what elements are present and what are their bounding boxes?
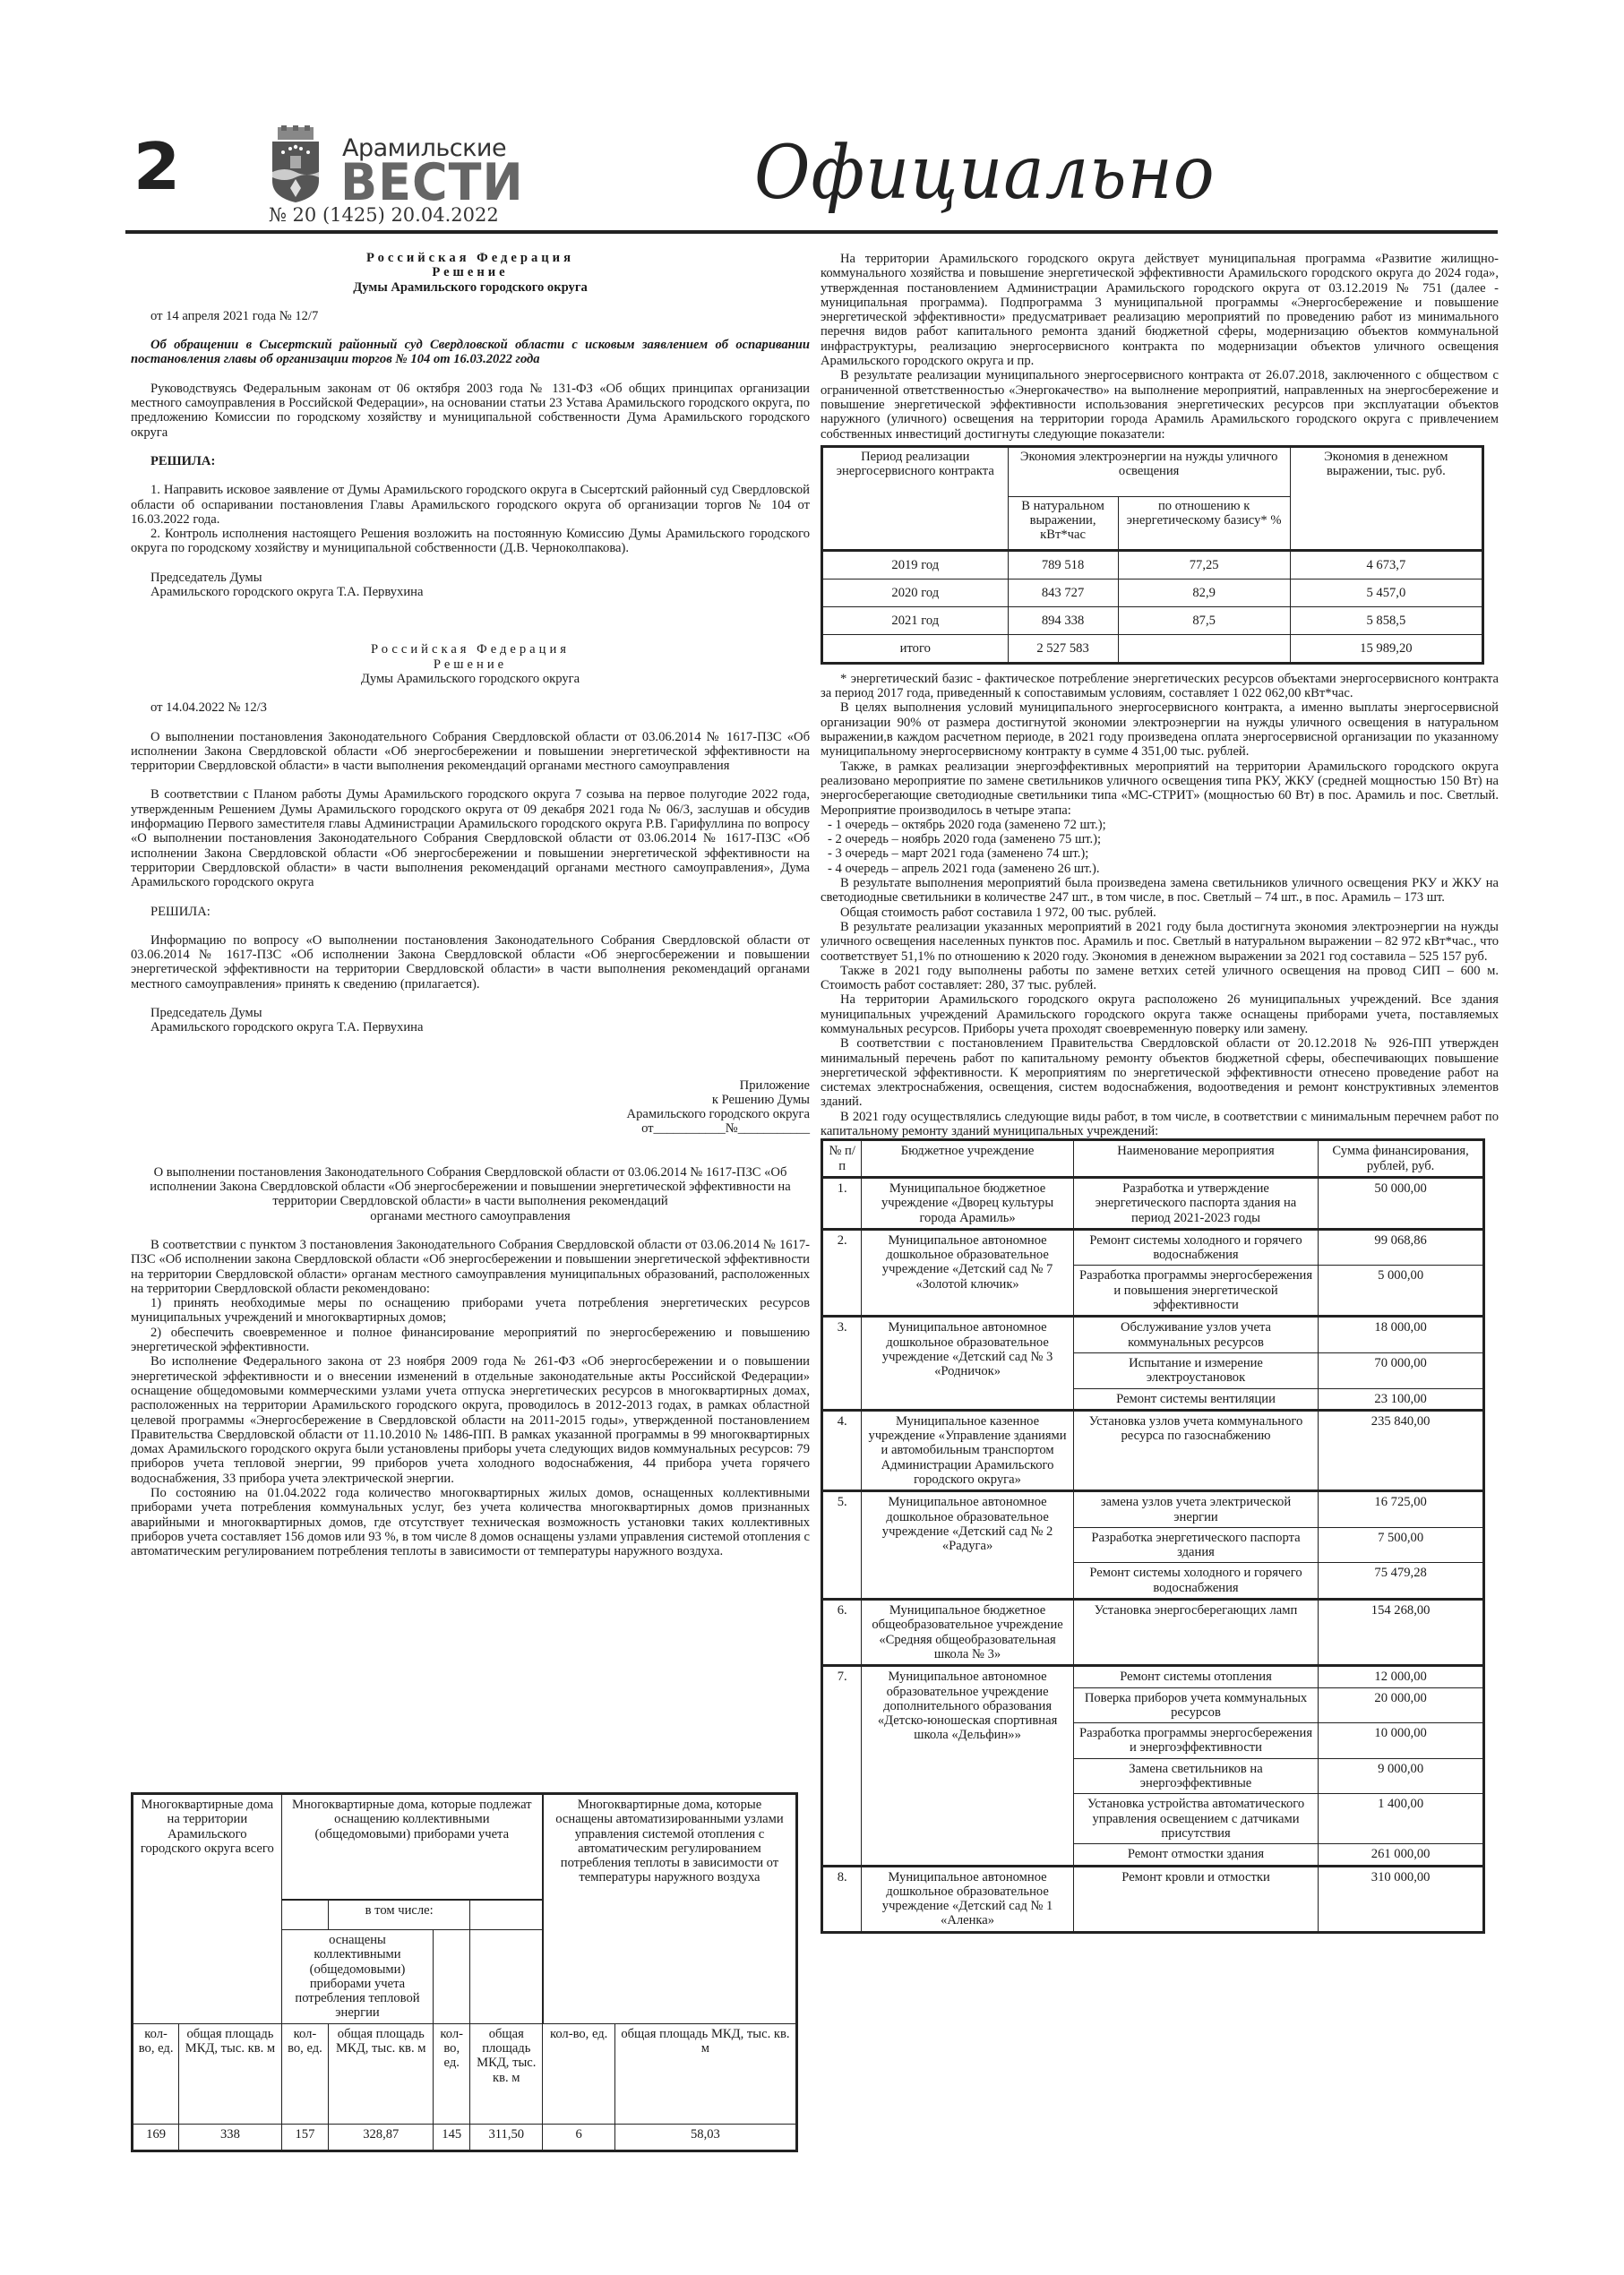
works-cell-sum: 12 000,00 — [1319, 1666, 1484, 1687]
works-cell-sum: 261 000,00 — [1319, 1844, 1484, 1866]
mkd-subheader: общая площадь МКД, тыс. кв. м — [470, 2023, 543, 2124]
issue-number: № 20 (1425) 20.04.2022 — [269, 204, 499, 226]
table-row: 6.Муниципальное бюджетное общеобразовате… — [822, 1600, 1484, 1666]
right-paragraph: Также в 2021 году выполнены работы по за… — [821, 964, 1499, 993]
capital-works-table: № п/п Бюджетное учреждение Наименование … — [821, 1138, 1485, 1933]
energy-header-money: Экономия в денежном выражении, тыс. руб. — [1290, 446, 1482, 550]
works-cell-no: 6. — [822, 1600, 862, 1666]
mkd-value: 145 — [434, 2124, 470, 2151]
works-cell-sum: 154 268,00 — [1319, 1600, 1484, 1666]
energy-cell-pct: 87,5 — [1118, 606, 1290, 634]
appendix-line-4: от___________№___________ — [131, 1121, 810, 1136]
works-header-no: № п/п — [822, 1140, 862, 1178]
mkd-header-empty — [470, 1930, 543, 2024]
doc2-signature-title: Председатель Думы — [131, 1006, 810, 1020]
doc1-resolved: РЕШИЛА: — [131, 454, 810, 468]
appendix-paragraph: В соответствии с пунктом 3 постановления… — [131, 1238, 810, 1296]
works-header-work: Наименование мероприятия — [1073, 1140, 1318, 1178]
doc1-item-2: 2. Контроль исполнения настоящего Решени… — [131, 527, 810, 556]
mkd-value: 328,87 — [329, 2124, 434, 2151]
energy-cell-kwh: 789 518 — [1008, 550, 1118, 579]
appendix-line-1: Приложение — [131, 1078, 810, 1093]
works-cell-no: 5. — [822, 1491, 862, 1600]
table-row: 2.Муниципальное автономное дошкольное об… — [822, 1229, 1484, 1266]
stages-list: - 1 очередь – октябрь 2020 года (заменен… — [821, 818, 1499, 876]
mkd-subheader: общая площадь МКД, тыс. кв. м — [614, 2023, 796, 2124]
energy-cell-money: 5 858,5 — [1290, 606, 1482, 634]
stage-item: - 4 очередь – апрель 2021 года (заменено… — [821, 862, 1499, 876]
left-column: Российская Федерация Решение Думы Арамил… — [131, 251, 810, 1558]
works-cell-sum: 5 000,00 — [1319, 1266, 1484, 1317]
appendix-title: О выполнении постановления Законодательн… — [131, 1165, 810, 1209]
mkd-subheader: кол-во, ед. — [133, 2023, 179, 2124]
doc1-item-1: 1. Направить исковое заявление от Думы А… — [131, 483, 810, 527]
table-row: 4.Муниципальное казенное учреждение «Упр… — [822, 1410, 1484, 1490]
doc1-heading-2: Решение — [131, 265, 810, 279]
works-cell-sum: 20 000,00 — [1319, 1687, 1484, 1723]
page-number: 2 — [133, 134, 181, 199]
works-cell-work: Установка энергосберегающих ламп — [1073, 1600, 1318, 1666]
appendix-title-2: органами местного самоуправления — [131, 1209, 810, 1223]
appendix-paragraph: 1) принять необходимые меры по оснащению… — [131, 1296, 810, 1326]
mkd-header-heat: оснащены коллективными (общедомовыми) пр… — [281, 1930, 434, 2024]
works-cell-sum: 10 000,00 — [1319, 1723, 1484, 1759]
energy-cell-period: итого — [822, 634, 1009, 663]
appendix-paragraph: 2) обеспечить своевременное и полное фин… — [131, 1326, 810, 1355]
stage-item: - 1 очередь – октябрь 2020 года (заменен… — [821, 818, 1499, 832]
doc1-preamble: Руководствуясь Федеральным законам от 06… — [131, 382, 810, 440]
energy-cell-pct: 77,25 — [1118, 550, 1290, 579]
table-row: 2019 год789 51877,254 673,7 — [822, 550, 1483, 579]
works-cell-no: 4. — [822, 1410, 862, 1490]
mkd-value: 169 — [133, 2124, 179, 2151]
works-cell-work: Разработка и утверждение энергетического… — [1073, 1177, 1318, 1229]
appendix-line-3: Арамильского городского округа — [131, 1107, 810, 1121]
works-header-sum: Сумма финансирования, рублей, руб. — [1319, 1140, 1484, 1178]
works-cell-institution: Муниципальное бюджетное учреждение «Двор… — [862, 1177, 1073, 1229]
mkd-header-total: Многоквартирные дома на территории Арами… — [133, 1794, 282, 2024]
works-cell-sum: 70 000,00 — [1319, 1352, 1484, 1388]
mkd-subheader: кол-во, ед. — [434, 2023, 470, 2124]
energy-footnote: * энергетический базис - фактическое пот… — [821, 672, 1499, 701]
table-row: 3.Муниципальное автономное дошкольное об… — [822, 1317, 1484, 1353]
mkd-value: 338 — [179, 2124, 281, 2151]
doc2-resolved: РЕШИЛА: — [131, 905, 810, 919]
works-cell-no: 8. — [822, 1866, 862, 1932]
right-paragraph: В результате реализации указанных меропр… — [821, 920, 1499, 964]
right-paragraph: На территории Арамильского городского ок… — [821, 252, 1499, 368]
header-divider — [125, 230, 1498, 234]
mkd-header-subject: Многоквартирные дома, которые подлежат о… — [281, 1794, 543, 1901]
coat-of-arms-icon — [269, 125, 322, 204]
mkd-table: Многоквартирные дома на территории Арами… — [131, 1792, 798, 2152]
table-row: 2021 год894 33887,55 858,5 — [822, 606, 1483, 634]
works-cell-work: Испытание и измерение электроустановок — [1073, 1352, 1318, 1388]
works-cell-no: 7. — [822, 1666, 862, 1866]
right-paragraph: В целях выполнения условий муниципальног… — [821, 700, 1499, 759]
works-cell-sum: 16 725,00 — [1319, 1491, 1484, 1528]
table-row: 8.Муниципальное автономное дошкольное об… — [822, 1866, 1484, 1932]
energy-cell-period: 2019 год — [822, 550, 1009, 579]
right-paragraph: В результате реализации муниципального э… — [821, 368, 1499, 441]
mkd-subheader: общая площадь МКД, тыс. кв. м — [179, 2023, 281, 2124]
doc2-preamble: В соответствии с Планом работы Думы Арам… — [131, 787, 810, 889]
works-cell-work: Ремонт отмостки здания — [1073, 1844, 1318, 1866]
right-paragraph: Общая стоимость работ составила 1 972, 0… — [821, 906, 1499, 920]
works-cell-no: 1. — [822, 1177, 862, 1229]
energy-cell-pct: 82,9 — [1118, 579, 1290, 606]
energy-header-percent: по отношению к энергетическому базису* % — [1118, 496, 1290, 550]
works-cell-sum: 18 000,00 — [1319, 1317, 1484, 1353]
mkd-header-empty — [434, 1930, 470, 2024]
energy-cell-pct — [1118, 634, 1290, 663]
energy-cell-kwh: 843 727 — [1008, 579, 1118, 606]
right-paragraph: В 2021 году осуществлялись следующие вид… — [821, 1110, 1499, 1139]
works-cell-institution: Муниципальное казенное учреждение «Управ… — [862, 1410, 1073, 1490]
energy-header-period: Период реализации энергосервисного контр… — [822, 446, 1009, 550]
doc1-title: Об обращении в Сысертский районный суд С… — [131, 338, 810, 367]
works-cell-work: Ремонт системы холодного и горячего водо… — [1073, 1563, 1318, 1600]
mkd-value: 157 — [281, 2124, 329, 2151]
doc1-date: от 14 апреля 2021 года № 12/7 — [131, 309, 810, 323]
doc2-signature-name: Арамильского городского округа Т.А. Перв… — [131, 1020, 810, 1034]
works-cell-work: Установка устройства автоматического упр… — [1073, 1794, 1318, 1844]
table-row: 7.Муниципальное автономное образовательн… — [822, 1666, 1484, 1687]
doc1-heading-3: Думы Арамильского городского округа — [131, 280, 810, 295]
works-header-institution: Бюджетное учреждение — [862, 1140, 1073, 1178]
works-cell-institution: Муниципальное автономное дошкольное обра… — [862, 1317, 1073, 1410]
works-cell-institution: Муниципальное автономное образовательное… — [862, 1666, 1073, 1866]
energy-cell-kwh: 2 527 583 — [1008, 634, 1118, 663]
works-cell-sum: 310 000,00 — [1319, 1866, 1484, 1932]
energy-cell-period: 2020 год — [822, 579, 1009, 606]
works-cell-work: Поверка приборов учета коммунальных ресу… — [1073, 1687, 1318, 1723]
energy-cell-money: 4 673,7 — [1290, 550, 1482, 579]
table-row: 1.Муниципальное бюджетное учреждение «Дв… — [822, 1177, 1484, 1229]
works-cell-work: Разработка энергетического паспорта здан… — [1073, 1527, 1318, 1563]
appendix-paragraph: Во исполнение Федерального закона от 23 … — [131, 1354, 810, 1486]
works-cell-work: Ремонт системы отопления — [1073, 1666, 1318, 1687]
mkd-value: 6 — [543, 2124, 614, 2151]
works-cell-no: 3. — [822, 1317, 862, 1410]
stage-item: - 3 очередь – март 2021 года (заменено 7… — [821, 846, 1499, 861]
right-paragraph: Также, в рамках реализации энергоэффекти… — [821, 760, 1499, 818]
section-title: Официально — [754, 131, 1216, 217]
mkd-header-auto: Многоквартирные дома, которые оснащены а… — [543, 1794, 797, 2024]
appendix-line-2: к Решению Думы — [131, 1093, 810, 1107]
energy-cell-period: 2021 год — [822, 606, 1009, 634]
brand-title: ВЕСТИ — [340, 158, 524, 209]
works-cell-sum: 75 479,28 — [1319, 1563, 1484, 1600]
energy-savings-table: Период реализации энергосервисного контр… — [821, 445, 1484, 665]
energy-cell-money: 15 989,20 — [1290, 634, 1482, 663]
doc2-heading-3: Думы Арамильского городского округа — [131, 672, 810, 686]
right-column: На территории Арамильского городского ок… — [821, 252, 1499, 1934]
table-row: 5.Муниципальное автономное дошкольное об… — [822, 1491, 1484, 1528]
works-cell-sum: 50 000,00 — [1319, 1177, 1484, 1229]
mkd-value: 58,03 — [614, 2124, 796, 2151]
works-cell-work: Замена светильников на энергоэффективные — [1073, 1758, 1318, 1794]
doc1-signature-title: Председатель Думы — [131, 571, 810, 585]
appendix-paragraph: По состоянию на 01.04.2022 года количест… — [131, 1486, 810, 1558]
mkd-value: 311,50 — [470, 2124, 543, 2151]
works-cell-work: Ремонт системы холодного и горячего водо… — [1073, 1229, 1318, 1266]
works-cell-work: замена узлов учета электрической энергии — [1073, 1491, 1318, 1528]
right-paragraph: На территории Арамильского городского ок… — [821, 992, 1499, 1036]
energy-header-saving: Экономия электроэнергии на нужды уличног… — [1008, 446, 1290, 496]
mkd-subheader: кол-во, ед. — [543, 2023, 614, 2124]
works-cell-sum: 23 100,00 — [1319, 1388, 1484, 1410]
doc1-signature-name: Арамильского городского округа Т.А. Перв… — [131, 585, 810, 599]
mkd-table-wrapper: Многоквартирные дома на территории Арами… — [131, 1792, 798, 2152]
works-cell-work: Обслуживание узлов учета коммунальных ре… — [1073, 1317, 1318, 1353]
works-cell-work: Ремонт кровли и отмостки — [1073, 1866, 1318, 1932]
energy-cell-kwh: 894 338 — [1008, 606, 1118, 634]
works-cell-institution: Муниципальное бюджетное общеобразователь… — [862, 1600, 1073, 1666]
doc2-date: от 14.04.2022 № 12/3 — [131, 700, 810, 715]
works-cell-sum: 99 068,86 — [1319, 1229, 1484, 1266]
right-paragraph: В соответствии с постановлением Правител… — [821, 1036, 1499, 1109]
works-cell-institution: Муниципальное автономное дошкольное обра… — [862, 1866, 1073, 1932]
works-cell-sum: 7 500,00 — [1319, 1527, 1484, 1563]
energy-header-natural: В натуральном выражении, кВт*час — [1008, 496, 1118, 550]
mkd-header-empty — [470, 1900, 543, 1930]
works-cell-sum: 235 840,00 — [1319, 1410, 1484, 1490]
works-cell-work: Ремонт системы вентиляции — [1073, 1388, 1318, 1410]
works-cell-work: Установка узлов учета коммунального ресу… — [1073, 1410, 1318, 1490]
works-cell-institution: Муниципальное автономное дошкольное обра… — [862, 1491, 1073, 1600]
table-row: итого2 527 58315 989,20 — [822, 634, 1483, 663]
mkd-subheader: кол-во, ед. — [281, 2023, 329, 2124]
doc2-body: Информацию по вопросу «О выполнении пост… — [131, 933, 810, 992]
stage-item: - 2 очередь – ноябрь 2020 года (заменено… — [821, 832, 1499, 846]
right-paragraph: В результате выполнения мероприятий была… — [821, 876, 1499, 906]
mkd-header-incl: в том числе: — [329, 1900, 470, 1930]
works-cell-work: Разработка программы энергосбережения и … — [1073, 1723, 1318, 1759]
doc1-heading-1: Российская Федерация — [131, 251, 810, 265]
mkd-subheader: общая площадь МКД, тыс. кв. м — [329, 2023, 434, 2124]
works-cell-sum: 1 400,00 — [1319, 1794, 1484, 1844]
works-cell-institution: Муниципальное автономное дошкольное обра… — [862, 1229, 1073, 1316]
table-row: 2020 год843 72782,95 457,0 — [822, 579, 1483, 606]
works-cell-sum: 9 000,00 — [1319, 1758, 1484, 1794]
mkd-header-empty — [281, 1900, 329, 1930]
doc2-title: О выполнении постановления Законодательн… — [131, 730, 810, 774]
doc2-heading-2: Решение — [131, 657, 810, 672]
doc2-heading-1: Российская Федерация — [131, 642, 810, 657]
works-cell-no: 2. — [822, 1229, 862, 1316]
energy-cell-money: 5 457,0 — [1290, 579, 1482, 606]
works-cell-work: Разработка программы энергосбережения и … — [1073, 1266, 1318, 1317]
